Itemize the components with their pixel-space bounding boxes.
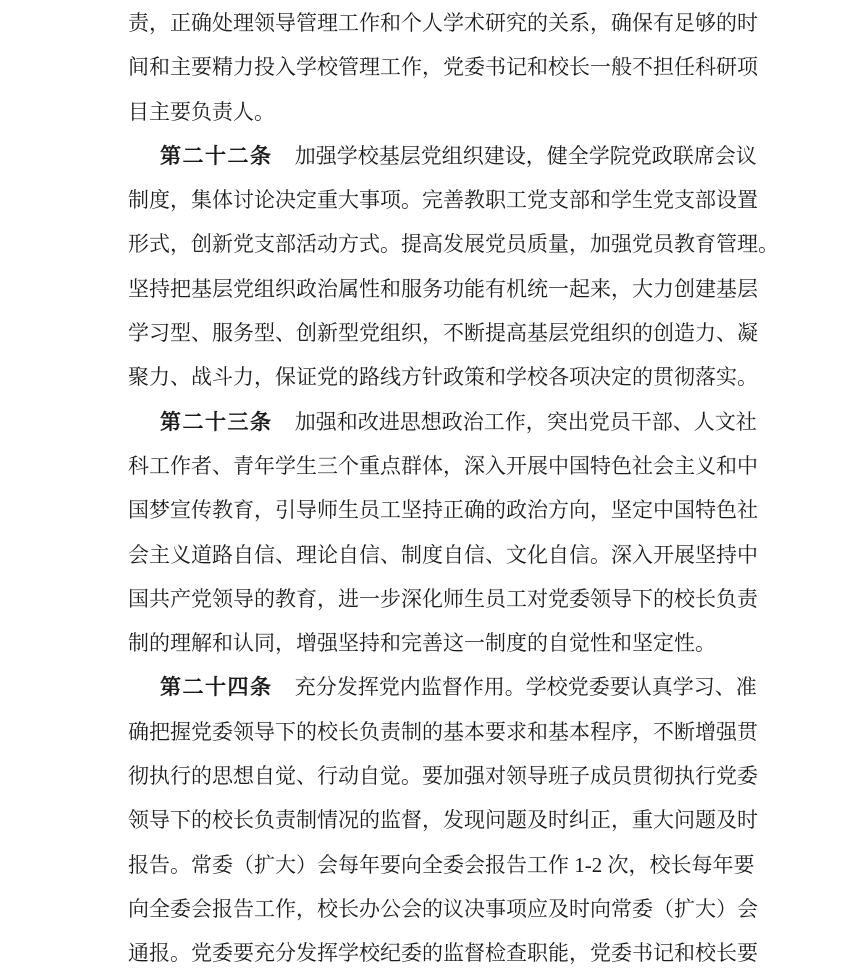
text-line: 向全委会报告工作，校长办公会的议决事项应及时向常委（扩大）会 [128,887,732,931]
text-line: 会主义道路自信、理论自信、制度自信、文化自信。深入开展坚持中 [128,533,732,577]
text-line: 坚持把基层党组织政治属性和服务功能有机统一起来，大力创建基层 [128,267,732,311]
text-line: 学习型、服务型、创新型党组织，不断提高基层党组织的创造力、凝 [128,311,732,355]
text-line: 报告。常委（扩大）会每年要向全委会报告工作 1-2 次，校长每年要 [128,843,732,887]
text-line: 领导下的校长负责制情况的监督，发现问题及时纠正，重大问题及时 [128,798,732,842]
text-line: 第二十三条 加强和改进思想政治工作，突出党员干部、人文社 [128,400,732,444]
text-line: 通报。党委要充分发挥学校纪委的监督检查职能，党委书记和校长要 [128,931,732,975]
line-text: 目主要负责人。 [128,100,275,124]
line-text: 科工作者、青年学生三个重点群体，深入开展中国特色社会主义和中 [128,454,758,478]
text-line: 科工作者、青年学生三个重点群体，深入开展中国特色社会主义和中 [128,444,732,488]
article-number: 第二十四条 [160,675,273,699]
text-line: 确把握党委领导下的校长负责制的基本要求和基本程序，不断增强贯 [128,710,732,754]
line-text: 加强和改进思想政治工作，突出党员干部、人文社 [295,410,757,434]
text-line: 国共产党领导的教育，进一步深化师生员工对党委领导下的校长负责 [128,577,732,621]
line-text: 制的理解和认同，增强坚持和完善这一制度的自觉性和坚定性。 [128,631,716,655]
line-text: 通报。党委要充分发挥学校纪委的监督检查职能，党委书记和校长要 [128,941,758,965]
line-text: 间和主要精力投入学校管理工作，党委书记和校长一般不担任科研项 [128,55,758,79]
line-text: 学习型、服务型、创新型党组织，不断提高基层党组织的创造力、凝 [128,321,758,345]
text-line: 制的理解和认同，增强坚持和完善这一制度的自觉性和坚定性。 [128,621,732,665]
text-line: 聚力、战斗力，保证党的路线方针政策和学校各项决定的贯彻落实。 [128,355,732,399]
article-number: 第二十二条 [160,144,273,168]
line-text: 国共产党领导的教育，进一步深化师生员工对党委领导下的校长负责 [128,587,758,611]
line-text: 坚持把基层党组织政治属性和服务功能有机统一起来，大力创建基层 [128,277,758,301]
line-text: 形式，创新党支部活动方式。提高发展党员质量，加强党员教育管理。 [128,232,779,256]
line-text: 确把握党委领导下的校长负责制的基本要求和基本程序，不断增强贯 [128,720,758,744]
line-text: 聚力、战斗力，保证党的路线方针政策和学校各项决定的贯彻落实。 [128,365,758,389]
line-text: 领导下的校长负责制情况的监督，发现问题及时纠正，重大问题及时 [128,808,758,832]
article-number: 第二十三条 [160,410,273,434]
line-text: 报告。常委（扩大）会每年要向全委会报告工作 1-2 次，校长每年要 [128,853,755,877]
line-text: 会主义道路自信、理论自信、制度自信、文化自信。深入开展坚持中 [128,543,758,567]
text-line: 第二十四条 充分发挥党内监督作用。学校党委要认真学习、准 [128,665,732,709]
line-text: 向全委会报告工作，校长办公会的议决事项应及时向常委（扩大）会 [128,897,758,921]
text-line: 国梦宣传教育，引导师生员工坚持正确的政治方向，坚定中国特色社 [128,488,732,532]
text-line: 第二十二条 加强学校基层党组织建设，健全学院党政联席会议 [128,134,732,178]
text-block: 责，正确处理领导管理工作和个人学术研究的关系，确保有足够的时 间和主要精力投入学… [128,1,732,976]
text-line: 责，正确处理领导管理工作和个人学术研究的关系，确保有足够的时 [128,1,732,45]
text-line: 形式，创新党支部活动方式。提高发展党员质量，加强党员教育管理。 [128,222,732,266]
document-page: 责，正确处理领导管理工作和个人学术研究的关系，确保有足够的时 间和主要精力投入学… [0,0,850,976]
line-text: 责，正确处理领导管理工作和个人学术研究的关系，确保有足够的时 [128,11,758,35]
line-text: 国梦宣传教育，引导师生员工坚持正确的政治方向，坚定中国特色社 [128,498,758,522]
text-line: 间和主要精力投入学校管理工作，党委书记和校长一般不担任科研项 [128,45,732,89]
line-text: 加强学校基层党组织建设，健全学院党政联席会议 [295,144,757,168]
text-line: 制度，集体讨论决定重大事项。完善教职工党支部和学生党支部设置 [128,178,732,222]
line-text: 制度，集体讨论决定重大事项。完善教职工党支部和学生党支部设置 [128,188,758,212]
text-line: 彻执行的思想自觉、行动自觉。要加强对领导班子成员贯彻执行党委 [128,754,732,798]
line-text: 充分发挥党内监督作用。学校党委要认真学习、准 [295,675,757,699]
line-text: 彻执行的思想自觉、行动自觉。要加强对领导班子成员贯彻执行党委 [128,764,758,788]
text-line: 目主要负责人。 [128,90,732,134]
